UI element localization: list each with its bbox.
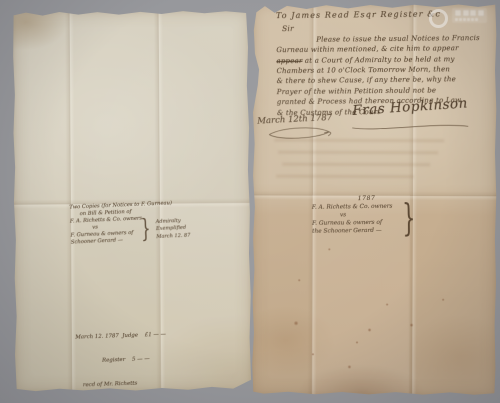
fees-line: March 12. 1787 Judge £1 — — [75,331,166,342]
foxing-spot [386,303,389,306]
docket-brace: } [402,200,416,238]
left-manuscript-page: Two Copies (for Notices to F. Gurneau) o… [12,9,253,393]
foxing-spot [294,321,299,326]
foxing-spot [347,365,351,369]
signature-underline-flourish [350,117,472,136]
right-paper-surface: To James Read Esqr Register &c Sir Pleas… [251,3,497,397]
docket-party-line: F. A. Richetts & Co. owners [312,202,398,211]
right-docket-block: 1787 F. A. Richetts & Co. owners vs F. G… [312,194,420,236]
docket-brace: } [140,217,151,243]
date-flourish-paraph [264,125,336,147]
ring-logo-icon [429,9,448,28]
docket-party-line: the Schooner Gerard — [312,227,398,236]
foxing-spot [328,248,331,251]
watermark-logo [429,8,487,28]
fees-note-block: March 12. 1787 Judge £1 — — Register 5 —… [75,315,168,403]
struck-word: appear [276,56,302,64]
bleed-streak [276,175,414,178]
bleed-streak [278,151,438,155]
left-paper-surface: Two Copies (for Notices to F. Gurneau) o… [12,9,253,393]
fees-line: Register 5 — — [102,355,167,365]
foxing-spot [311,353,314,356]
foxing-spot [410,323,414,327]
docket-side-note: March 12. 87 [156,232,190,241]
fees-line: recd of Mr. Richetts [83,379,168,390]
photo-two-manuscripts: Two Copies (for Notices to F. Gurneau) o… [0,0,500,403]
foxing-spot [298,279,301,282]
cn-text-panel-icon [452,8,487,23]
docket-party-line: Schooner Gerard — [71,237,139,247]
bleed-streak [282,163,430,167]
right-manuscript-page: To James Read Esqr Register &c Sir Pleas… [251,3,497,397]
foxing-spot [442,298,445,301]
foxing-spot [368,328,372,332]
left-docket-block: Two Copies (for Notices to F. Gurneau) o… [69,200,190,247]
foxing-spot [355,341,358,344]
